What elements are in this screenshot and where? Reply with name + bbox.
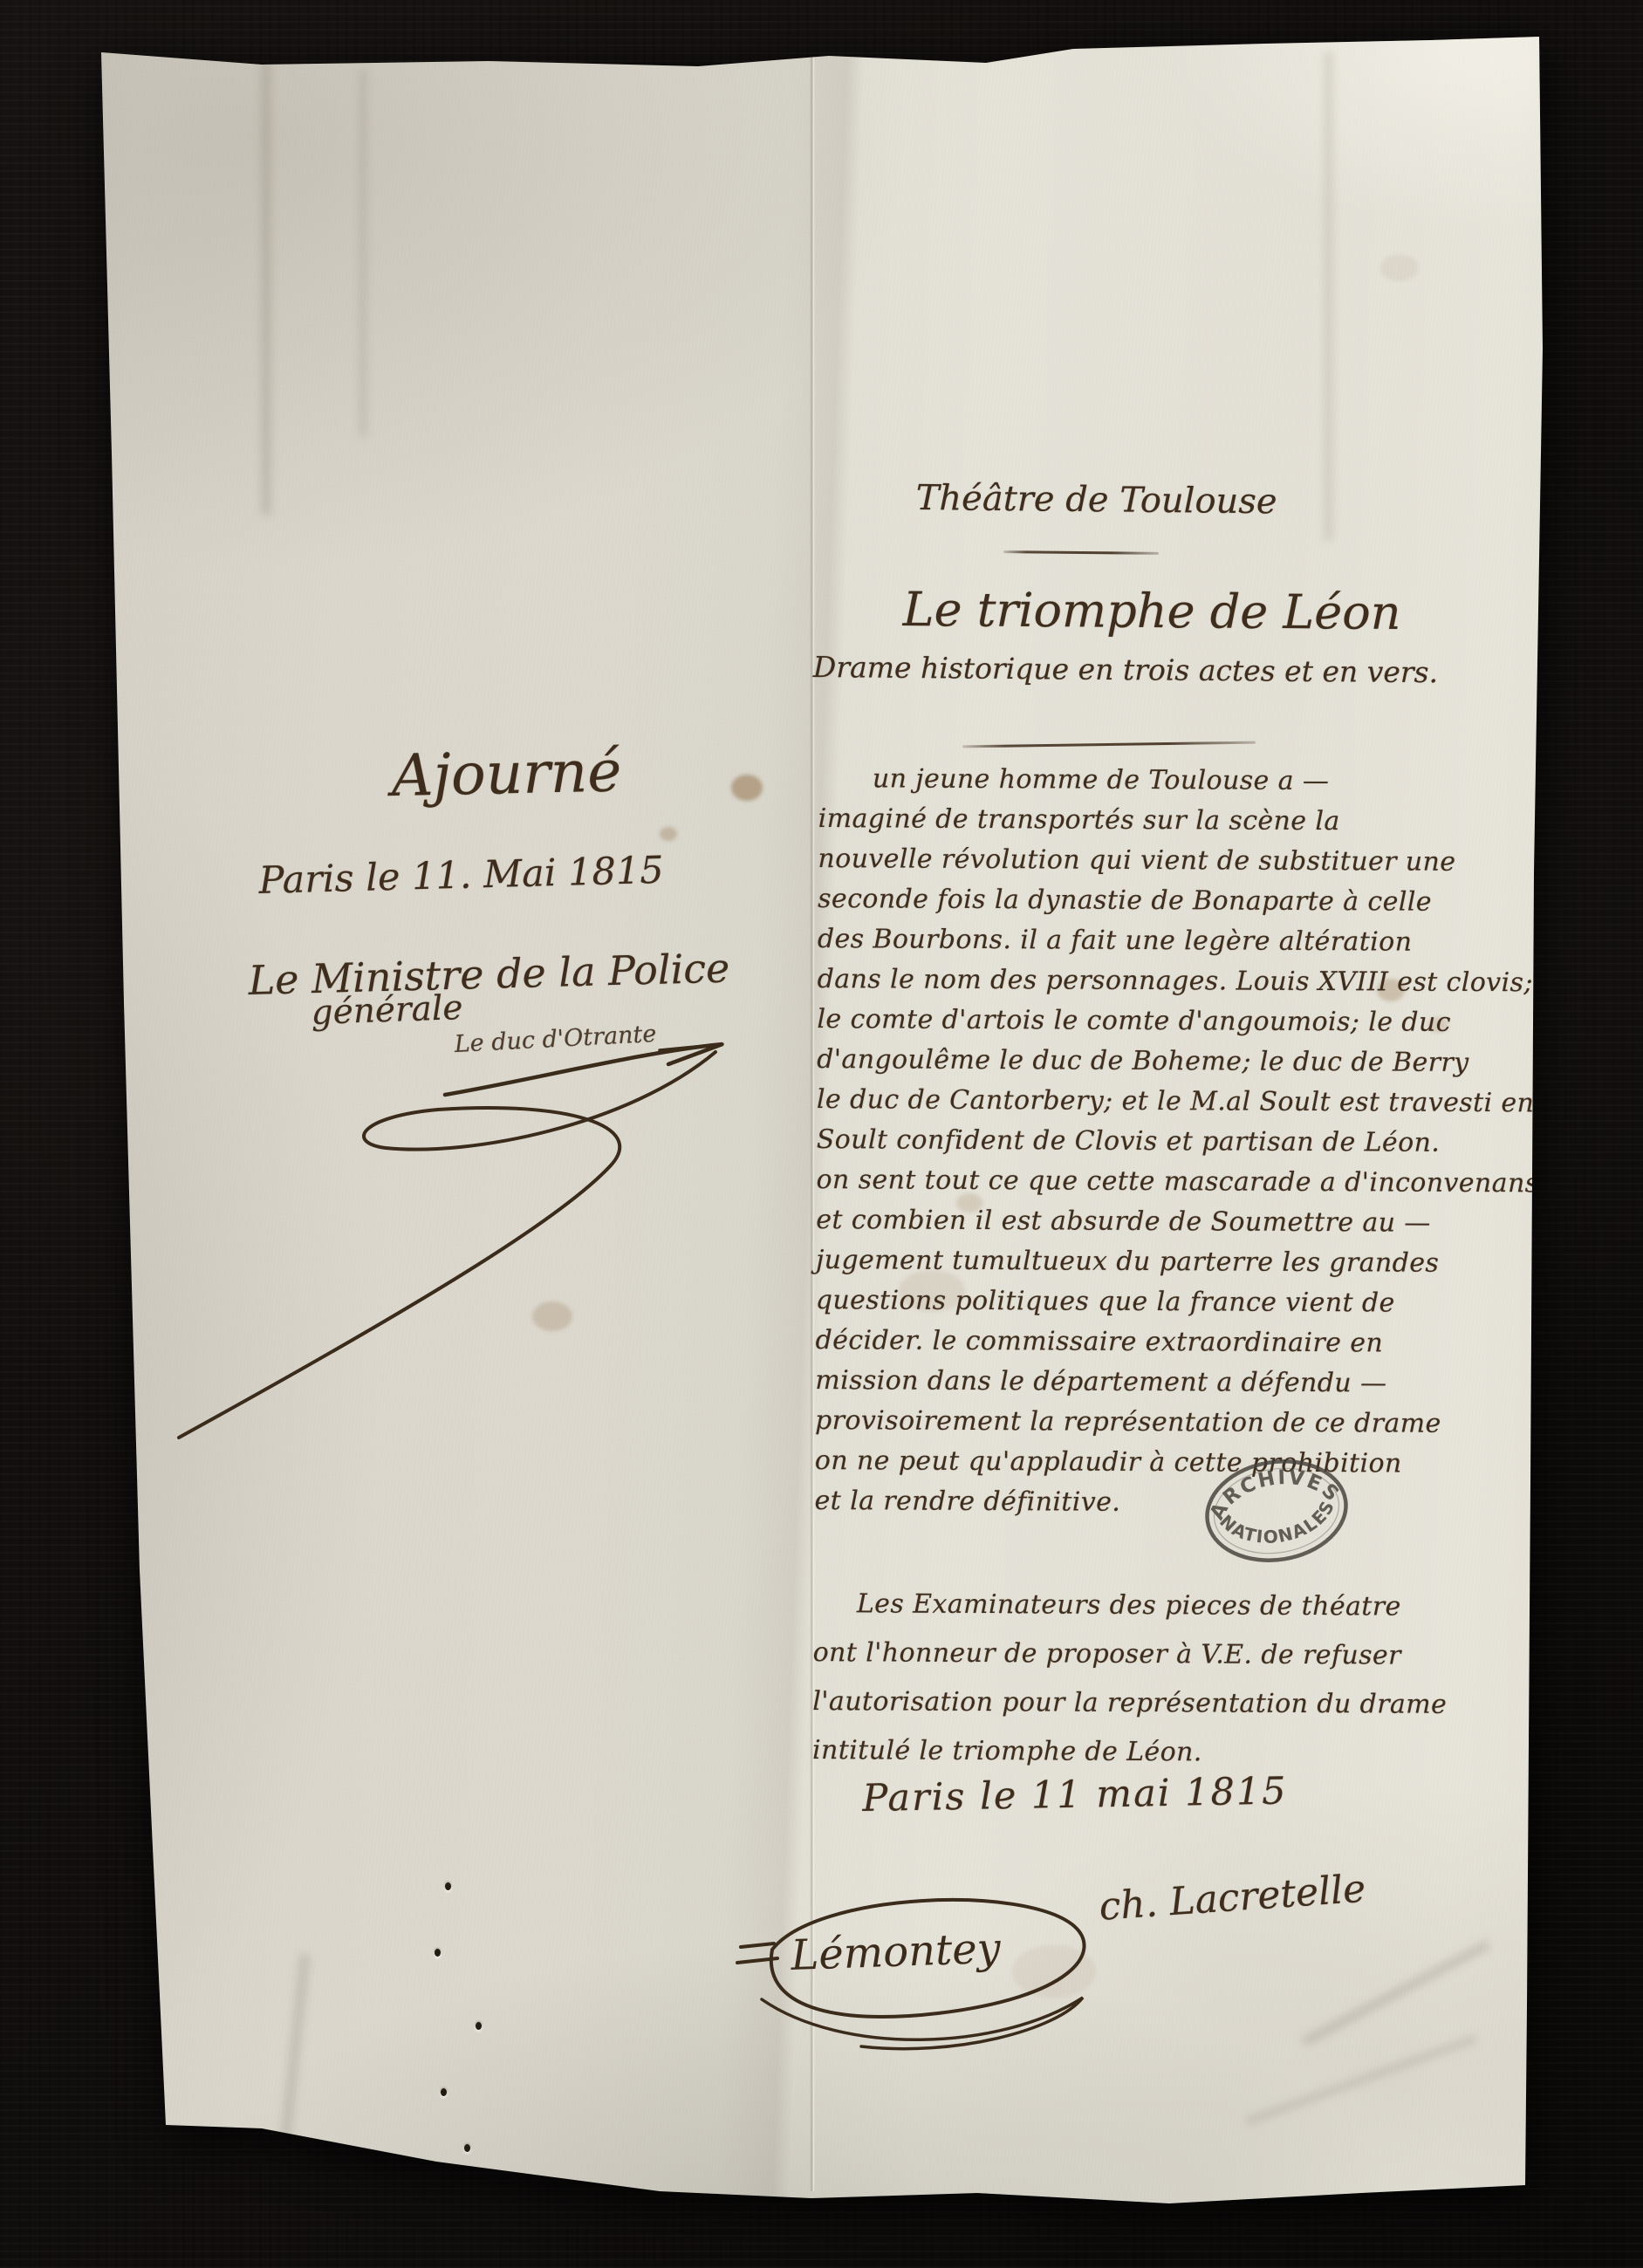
body-text-line: on sent tout ce que cette mascarade a d'… <box>816 1165 1538 1199</box>
pin-hole <box>476 2022 482 2030</box>
body-text-line: Soult confident de Clovis et partisan de… <box>817 1125 1441 1158</box>
annotation-date: Paris le 11. Mai 1815 <box>258 850 664 904</box>
body-text-line: dans le nom des personnages. Louis XVIII… <box>818 965 1533 999</box>
section-rule <box>962 741 1256 748</box>
decision-note: Ajourné <box>391 738 622 809</box>
wrinkle-streak <box>1302 1940 1491 2046</box>
body-text-line: des Bourbons. il a fait une legère altér… <box>818 925 1413 958</box>
body-text-line: le comte d'artois le comte d'angoumois; … <box>817 1005 1451 1038</box>
body-text-line: un jeune homme de Toulouse a — <box>873 764 1330 796</box>
body-paragraph: un jeune homme de Toulouse a — imaginé d… <box>814 764 1543 1553</box>
closing-text-line: ont l'honneur de proposer à V.E. de refu… <box>813 1638 1401 1671</box>
body-text-line: provisoirement la représentation de ce d… <box>815 1406 1441 1439</box>
lacretelle-signature-text: ch. Lacretelle <box>1098 1868 1367 1930</box>
theatre-heading: Théâtre de Toulouse <box>916 478 1277 522</box>
body-text-line: et la rendre définitive. <box>814 1486 1120 1518</box>
closing-text-line: Les Examinateurs des pieces de théatre <box>857 1589 1401 1622</box>
document-paper: Théâtre de Toulouse Le triomphe de Léon … <box>0 0 1643 2268</box>
body-text-line: seconde fois la dynastie de Bonaparte à … <box>818 885 1432 918</box>
play-subtitle: Drame historique en trois actes et en ve… <box>813 651 1439 689</box>
pin-hole <box>435 1949 441 1957</box>
archives-nationales-stamp: ARCHIVES NATIONALES <box>1191 1435 1363 1587</box>
pin-hole <box>441 2088 447 2096</box>
closing-paragraph: Les Examinateurs des pieces de théatre o… <box>812 1589 1511 1802</box>
ink-stain <box>660 827 677 841</box>
closing-date: Paris le 11 mai 1815 <box>862 1770 1288 1821</box>
paper-shadow-wrapper: Théâtre de Toulouse Le triomphe de Léon … <box>0 0 1643 2268</box>
vertical-crease-streak <box>359 70 366 436</box>
fouche-signature-flourish <box>157 1003 768 1474</box>
wrinkle-streak <box>1245 2034 1477 2125</box>
body-text-line: et combien il est absurde de Soumettre a… <box>816 1206 1431 1239</box>
body-text-line: d'angoulême le duc de Boheme; le duc de … <box>817 1045 1468 1078</box>
heading-underline <box>1003 550 1159 555</box>
ink-stain <box>731 775 763 801</box>
body-text-line: jugement tumultueux du parterre les gran… <box>816 1246 1439 1279</box>
pin-hole <box>464 2144 470 2152</box>
closing-text-line: intitulé le triomphe de Léon. <box>812 1736 1202 1768</box>
foxing-spot <box>1380 255 1419 281</box>
body-text-line: imaginé de transportés sur la scène la <box>818 804 1340 837</box>
vertical-crease-streak <box>1325 52 1332 541</box>
pin-hole <box>445 1882 451 1890</box>
body-text-line: questions politiques que la france vient… <box>816 1286 1395 1319</box>
lemontey-signature: Lémontey <box>737 1867 1121 2085</box>
photo-of-archival-document: { "colors": { "background": "#121010", "… <box>0 0 1643 2268</box>
body-text-line: mission dans le département a défendu — <box>815 1366 1386 1399</box>
play-title: Le triomphe de Léon <box>903 583 1401 640</box>
lemontey-signature-text: Lémontey <box>789 1924 1002 1980</box>
wrinkle-streak <box>276 1954 310 2181</box>
body-text-line: décider. le commissaire extraordinaire e… <box>815 1326 1383 1359</box>
body-text-line: le duc de Cantorbery; et le M.al Soult e… <box>817 1085 1535 1119</box>
body-text-line: nouvelle révolution qui vient de substit… <box>818 844 1455 878</box>
closing-text-line: l'autorisation pour la représentation du… <box>812 1687 1447 1720</box>
vertical-crease-streak <box>262 61 270 515</box>
